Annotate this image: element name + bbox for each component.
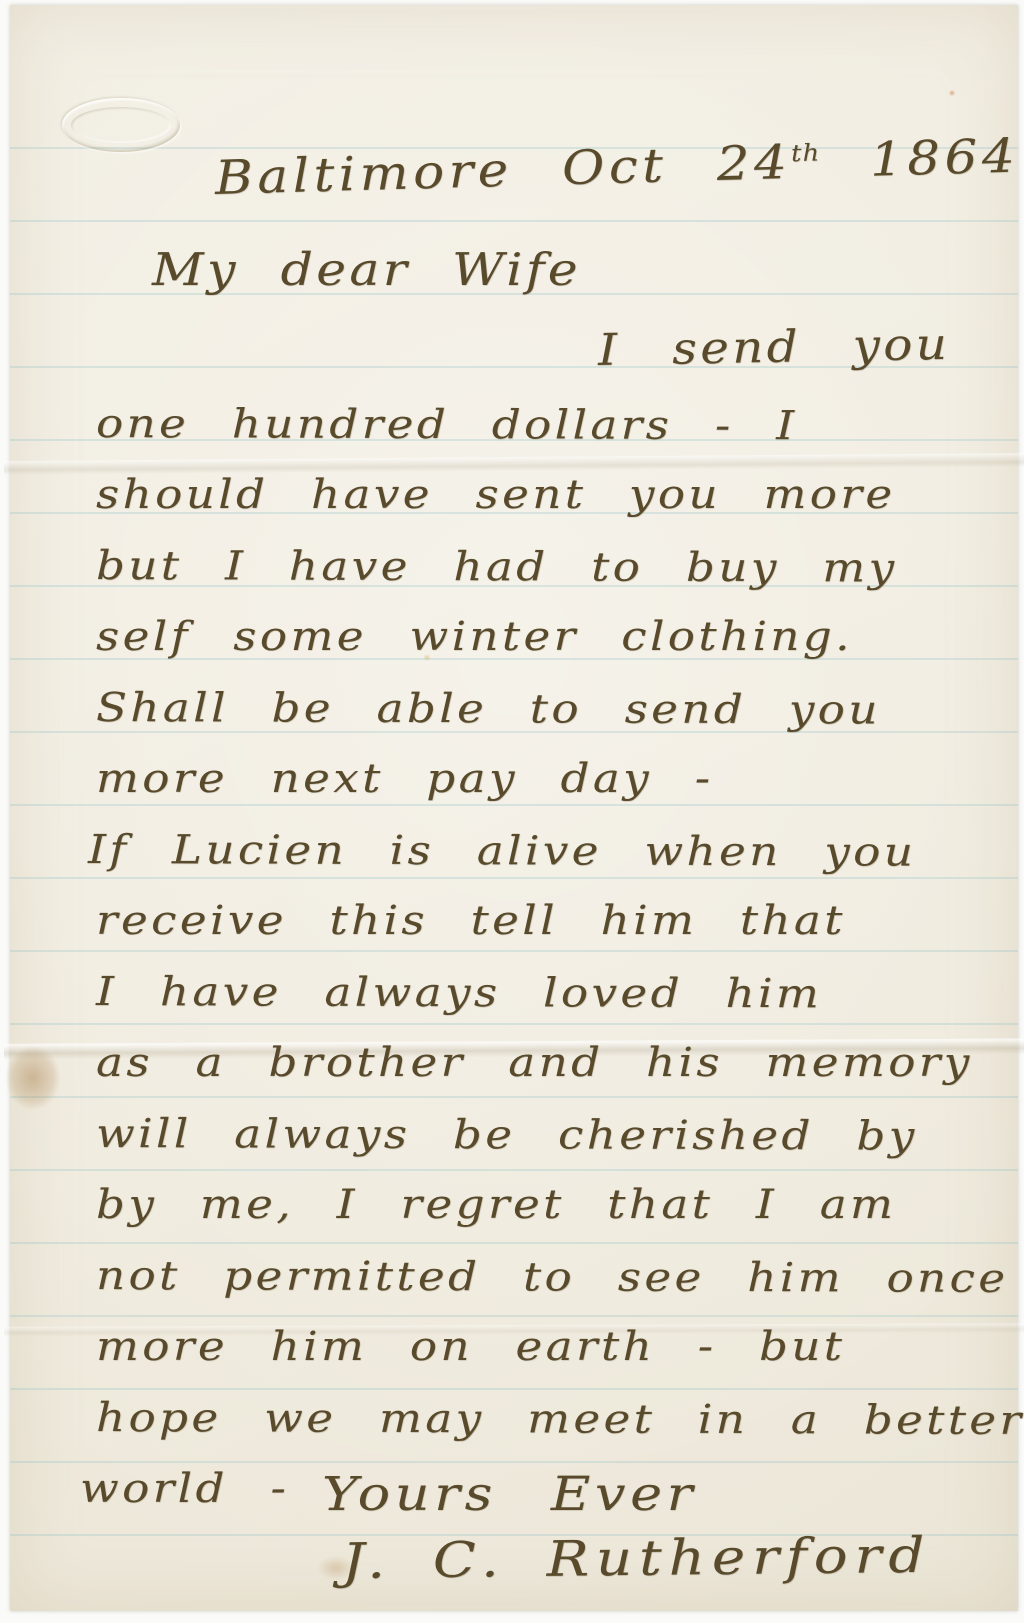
body-line: as a brother and his memory: [96, 1028, 1024, 1099]
body-line: more next pay day -: [96, 744, 1024, 815]
stain: [948, 89, 956, 97]
body-line: but I have had to buy my: [96, 531, 1024, 605]
dateline-ordinal: th: [791, 138, 821, 167]
body-line: If Lucien is alive when you: [88, 815, 1024, 889]
dateline-city-date: Baltimore Oct 24: [214, 135, 792, 206]
dateline-year: 1864: [820, 129, 1020, 190]
body-line: self some winter clothing.: [96, 602, 1024, 673]
embossed-stationer-stamp: [62, 98, 180, 152]
body-line: I have always loved him: [96, 957, 1024, 1031]
body-line: will always be cherished by: [96, 1099, 1024, 1173]
signature: J. C. Rutherford: [342, 1527, 932, 1590]
body-line: receive this tell him that: [96, 886, 1024, 957]
body-line: hope we may meet in a better: [96, 1383, 1024, 1457]
body-line: Shall be able to send you: [96, 673, 1024, 747]
letter-body: one hundred dollars - I should have sent…: [96, 389, 996, 1525]
body-line: should have sent you more: [96, 460, 1024, 531]
salutation: My dear Wife: [152, 243, 581, 296]
letter-page: Baltimore Oct 24th 1864 My dear Wife I s…: [10, 5, 1018, 1611]
body-line: not permitted to see him once: [96, 1241, 1024, 1315]
body-line: by me, I regret that I am: [96, 1170, 1024, 1241]
body-line: more him on earth - but: [96, 1312, 1024, 1383]
stain: [0, 1035, 70, 1121]
dateline: Baltimore Oct 24th 1864: [214, 129, 1020, 206]
body-line: one hundred dollars - I: [96, 389, 1024, 463]
opening-line: I send you: [598, 319, 951, 376]
closing: Yours Ever: [322, 1467, 697, 1522]
